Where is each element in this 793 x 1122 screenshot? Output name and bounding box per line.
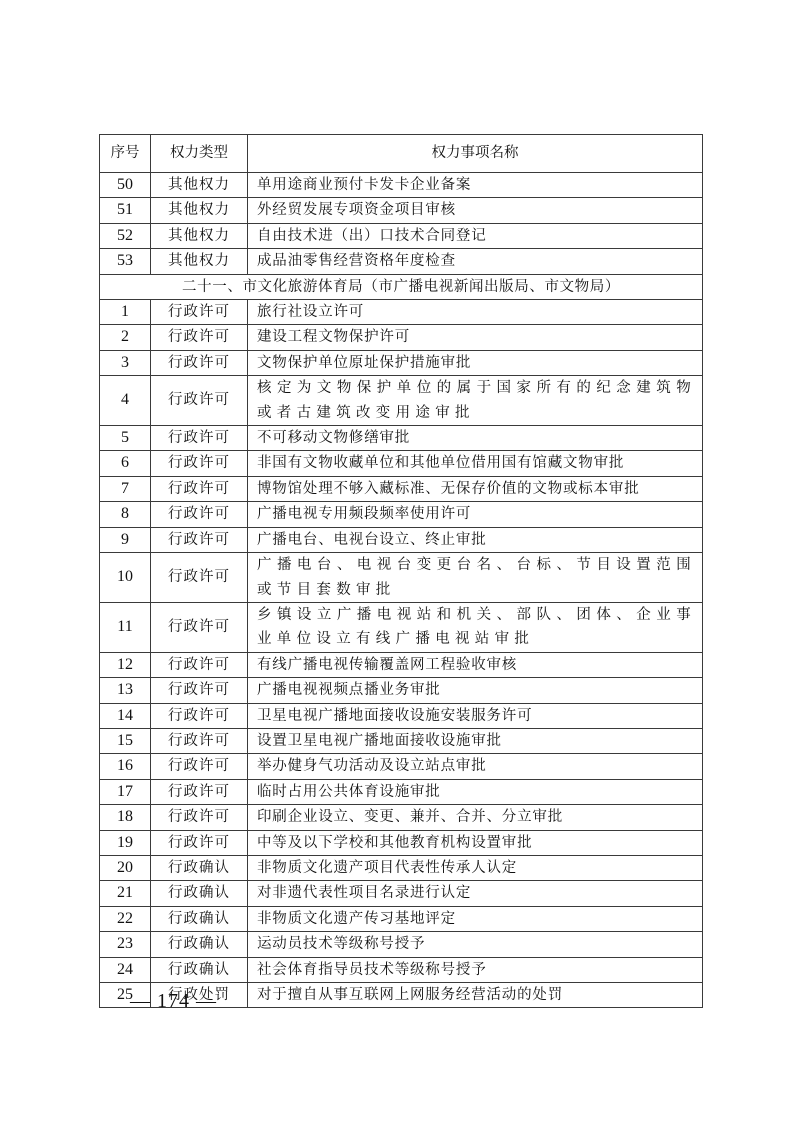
row-number: 4 <box>100 376 151 426</box>
row-type: 行政许可 <box>151 703 248 728</box>
row-number: 6 <box>100 451 151 476</box>
table-row: 2 行政许可 建设工程文物保护许可 <box>100 325 703 350</box>
row-name: 运动员技术等级称号授予 <box>248 932 703 957</box>
table-row: 23 行政确认 运动员技术等级称号授予 <box>100 932 703 957</box>
row-name: 非物质文化遗产传习基地评定 <box>248 906 703 931</box>
table-row: 14 行政许可 卫星电视广播地面接收设施安装服务许可 <box>100 703 703 728</box>
row-name: 非物质文化遗产项目代表性传承人认定 <box>248 855 703 880</box>
row-number: 14 <box>100 703 151 728</box>
row-name: 社会体育指导员技术等级称号授予 <box>248 957 703 982</box>
row-type: 行政许可 <box>151 502 248 527</box>
table-row: 18 行政许可 印刷企业设立、变更、兼并、合并、分立审批 <box>100 805 703 830</box>
row-name: 对于擅自从事互联网上网服务经营活动的处罚 <box>248 983 703 1008</box>
table-row: 8 行政许可 广播电视专用频段频率使用许可 <box>100 502 703 527</box>
row-number: 3 <box>100 350 151 375</box>
section-title: 二十一、市文化旅游体育局（市广播电视新闻出版局、市文物局） <box>100 274 703 299</box>
row-name: 印刷企业设立、变更、兼并、合并、分立审批 <box>248 805 703 830</box>
row-number: 10 <box>100 553 151 603</box>
row-number: 23 <box>100 932 151 957</box>
row-number: 9 <box>100 527 151 552</box>
table-row: 53 其他权力 成品油零售经营资格年度检查 <box>100 249 703 274</box>
row-type: 其他权力 <box>151 249 248 274</box>
row-name: 广播电台、电视台变更台名、台标、节目设置范围或节目套数审批 <box>248 553 703 603</box>
table-header-row: 序号 权力类型 权力事项名称 <box>100 135 703 173</box>
table-row: 10 行政许可 广播电台、电视台变更台名、台标、节目设置范围或节目套数审批 <box>100 553 703 603</box>
row-name: 设置卫星电视广播地面接收设施审批 <box>248 728 703 753</box>
table-row: 21 行政确认 对非遗代表性项目名录进行认定 <box>100 881 703 906</box>
table-row: 1 行政许可 旅行社设立许可 <box>100 300 703 325</box>
header-item-name: 权力事项名称 <box>248 135 703 173</box>
row-type: 其他权力 <box>151 223 248 248</box>
row-number: 52 <box>100 223 151 248</box>
table-row: 52 其他权力 自由技术进（出）口技术合同登记 <box>100 223 703 248</box>
table-row: 4 行政许可 核定为文物保护单位的属于国家所有的纪念建筑物或者古建筑改变用途审批 <box>100 376 703 426</box>
header-power-type: 权力类型 <box>151 135 248 173</box>
row-number: 53 <box>100 249 151 274</box>
row-name: 博物馆处理不够入藏标准、无保存价值的文物或标本审批 <box>248 476 703 501</box>
row-type: 行政许可 <box>151 350 248 375</box>
row-type: 行政许可 <box>151 805 248 830</box>
row-number: 19 <box>100 830 151 855</box>
row-name: 不可移动文物修缮审批 <box>248 426 703 451</box>
row-name: 广播电台、电视台设立、终止审批 <box>248 527 703 552</box>
row-name: 建设工程文物保护许可 <box>248 325 703 350</box>
row-number: 1 <box>100 300 151 325</box>
row-type: 行政许可 <box>151 476 248 501</box>
row-number: 11 <box>100 602 151 652</box>
row-name: 文物保护单位原址保护措施审批 <box>248 350 703 375</box>
row-name: 核定为文物保护单位的属于国家所有的纪念建筑物或者古建筑改变用途审批 <box>248 376 703 426</box>
row-type: 行政许可 <box>151 754 248 779</box>
row-number: 15 <box>100 728 151 753</box>
row-type: 行政许可 <box>151 426 248 451</box>
table-row: 15 行政许可 设置卫星电视广播地面接收设施审批 <box>100 728 703 753</box>
row-number: 2 <box>100 325 151 350</box>
row-name: 自由技术进（出）口技术合同登记 <box>248 223 703 248</box>
row-number: 24 <box>100 957 151 982</box>
row-name: 举办健身气功活动及设立站点审批 <box>248 754 703 779</box>
row-number: 21 <box>100 881 151 906</box>
row-number: 51 <box>100 198 151 223</box>
row-name: 对非遗代表性项目名录进行认定 <box>248 881 703 906</box>
header-serial-no: 序号 <box>100 135 151 173</box>
row-type: 行政许可 <box>151 652 248 677</box>
row-type: 行政确认 <box>151 932 248 957</box>
row-number: 7 <box>100 476 151 501</box>
row-name: 广播电视专用频段频率使用许可 <box>248 502 703 527</box>
row-name: 成品油零售经营资格年度检查 <box>248 249 703 274</box>
row-type: 行政确认 <box>151 906 248 931</box>
row-name: 中等及以下学校和其他教育机构设置审批 <box>248 830 703 855</box>
row-type: 行政确认 <box>151 881 248 906</box>
row-name: 临时占用公共体育设施审批 <box>248 779 703 804</box>
table-row: 50 其他权力 单用途商业预付卡发卡企业备案 <box>100 173 703 198</box>
page-number: — 174 — <box>130 990 217 1013</box>
table-row: 11 行政许可 乡镇设立广播电视站和机关、部队、团体、企业事业单位设立有线广播电… <box>100 602 703 652</box>
row-type: 其他权力 <box>151 198 248 223</box>
table-row: 24 行政确认 社会体育指导员技术等级称号授予 <box>100 957 703 982</box>
table-row: 17 行政许可 临时占用公共体育设施审批 <box>100 779 703 804</box>
row-number: 22 <box>100 906 151 931</box>
row-type: 行政许可 <box>151 602 248 652</box>
row-type: 行政许可 <box>151 325 248 350</box>
row-type: 行政许可 <box>151 678 248 703</box>
row-name: 外经贸发展专项资金项目审核 <box>248 198 703 223</box>
row-name: 广播电视视频点播业务审批 <box>248 678 703 703</box>
row-number: 20 <box>100 855 151 880</box>
row-number: 5 <box>100 426 151 451</box>
row-name: 旅行社设立许可 <box>248 300 703 325</box>
row-name: 卫星电视广播地面接收设施安装服务许可 <box>248 703 703 728</box>
table-row: 20 行政确认 非物质文化遗产项目代表性传承人认定 <box>100 855 703 880</box>
row-number: 17 <box>100 779 151 804</box>
row-name: 有线广播电视传输覆盖网工程验收审核 <box>248 652 703 677</box>
row-name: 单用途商业预付卡发卡企业备案 <box>248 173 703 198</box>
table-row: 3 行政许可 文物保护单位原址保护措施审批 <box>100 350 703 375</box>
row-number: 8 <box>100 502 151 527</box>
row-type: 行政许可 <box>151 728 248 753</box>
row-type: 行政许可 <box>151 553 248 603</box>
table-row: 12 行政许可 有线广播电视传输覆盖网工程验收审核 <box>100 652 703 677</box>
table-row: 9 行政许可 广播电台、电视台设立、终止审批 <box>100 527 703 552</box>
row-number: 12 <box>100 652 151 677</box>
row-type: 行政许可 <box>151 779 248 804</box>
table-row: 13 行政许可 广播电视视频点播业务审批 <box>100 678 703 703</box>
row-type: 行政许可 <box>151 300 248 325</box>
row-number: 50 <box>100 173 151 198</box>
table-row: 19 行政许可 中等及以下学校和其他教育机构设置审批 <box>100 830 703 855</box>
power-list-table: 序号 权力类型 权力事项名称 50 其他权力 单用途商业预付卡发卡企业备案 51… <box>99 134 703 1008</box>
table-row: 16 行政许可 举办健身气功活动及设立站点审批 <box>100 754 703 779</box>
table-row: 51 其他权力 外经贸发展专项资金项目审核 <box>100 198 703 223</box>
table-row: 7 行政许可 博物馆处理不够入藏标准、无保存价值的文物或标本审批 <box>100 476 703 501</box>
section-header-row: 二十一、市文化旅游体育局（市广播电视新闻出版局、市文物局） <box>100 274 703 299</box>
row-type: 行政许可 <box>151 376 248 426</box>
table-row: 22 行政确认 非物质文化遗产传习基地评定 <box>100 906 703 931</box>
row-name: 非国有文物收藏单位和其他单位借用国有馆藏文物审批 <box>248 451 703 476</box>
table-row: 6 行政许可 非国有文物收藏单位和其他单位借用国有馆藏文物审批 <box>100 451 703 476</box>
row-type: 行政许可 <box>151 527 248 552</box>
row-number: 16 <box>100 754 151 779</box>
row-number: 18 <box>100 805 151 830</box>
row-type: 行政许可 <box>151 830 248 855</box>
row-type: 其他权力 <box>151 173 248 198</box>
row-number: 13 <box>100 678 151 703</box>
row-type: 行政确认 <box>151 957 248 982</box>
row-type: 行政确认 <box>151 855 248 880</box>
table-row: 5 行政许可 不可移动文物修缮审批 <box>100 426 703 451</box>
row-name: 乡镇设立广播电视站和机关、部队、团体、企业事业单位设立有线广播电视站审批 <box>248 602 703 652</box>
row-type: 行政许可 <box>151 451 248 476</box>
